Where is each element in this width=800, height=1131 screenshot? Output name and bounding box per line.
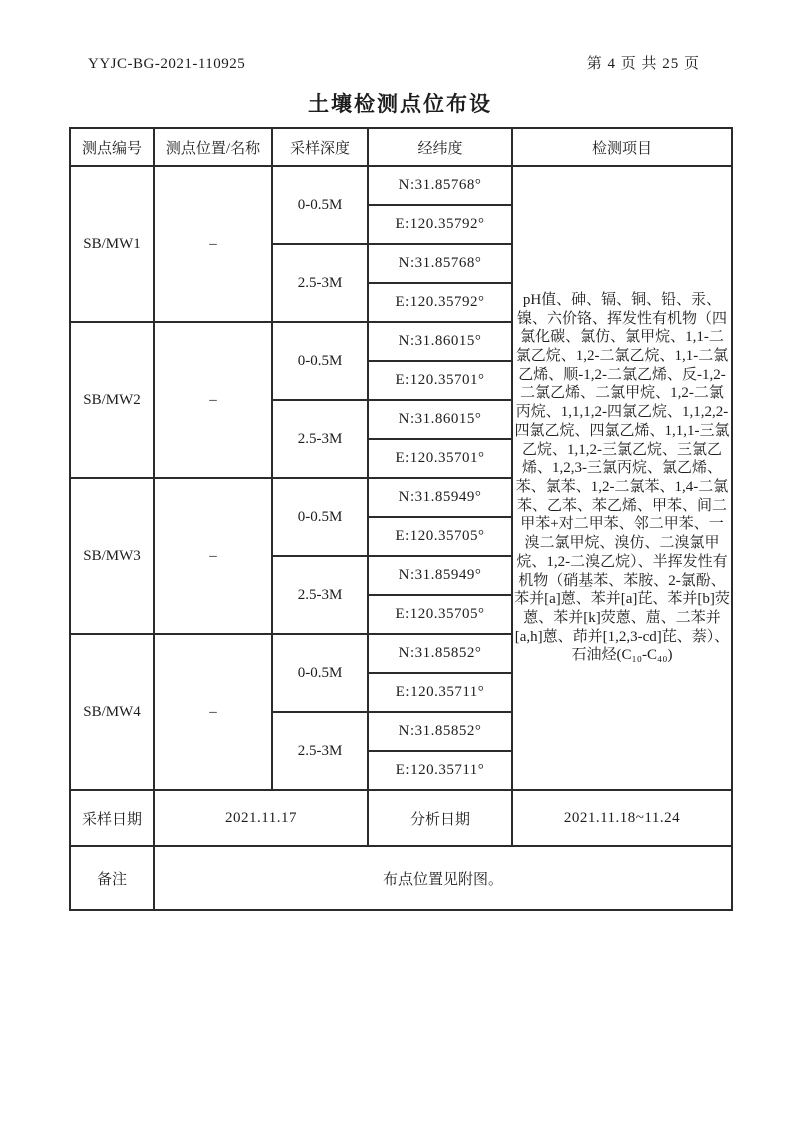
page-title: 土壤检测点位布设 bbox=[0, 88, 800, 118]
analysis-date-value: 2021.11.18~11.24 bbox=[512, 790, 732, 846]
remark-label: 备注 bbox=[70, 846, 154, 910]
coord-cell: N:31.86015° bbox=[368, 400, 512, 439]
coord-cell: E:120.35705° bbox=[368, 517, 512, 556]
coord-cell: N:31.85852° bbox=[368, 712, 512, 751]
coord-cell: N:31.85768° bbox=[368, 244, 512, 283]
depth-cell: 0-0.5M bbox=[272, 478, 368, 556]
table-header-row: 测点编号 测点位置/名称 采样深度 经纬度 检测项目 bbox=[70, 128, 732, 166]
coord-cell: E:120.35711° bbox=[368, 673, 512, 712]
coord-cell: E:120.35792° bbox=[368, 283, 512, 322]
document-page: { "page": { "doc_number": "YYJC-BG-2021-… bbox=[0, 0, 800, 1131]
detection-items-cell: pH值、砷、镉、铜、铅、汞、镍、六价铬、挥发性有机物（四氯化碳、氯仿、氯甲烷、1… bbox=[512, 166, 732, 790]
header-sampling-depth: 采样深度 bbox=[272, 128, 368, 166]
point-id-cell: SB/MW4 bbox=[70, 634, 154, 790]
sampling-date-label: 采样日期 bbox=[70, 790, 154, 846]
point-id-cell: SB/MW1 bbox=[70, 166, 154, 322]
coord-cell: N:31.85768° bbox=[368, 166, 512, 205]
depth-cell: 2.5-3M bbox=[272, 556, 368, 634]
coord-cell: N:31.86015° bbox=[368, 322, 512, 361]
point-location-cell: – bbox=[154, 634, 272, 790]
header-point-id: 测点编号 bbox=[70, 128, 154, 166]
header-point-location: 测点位置/名称 bbox=[154, 128, 272, 166]
table-row: SB/MW1 – 0-0.5M N:31.85768° pH值、砷、镉、铜、铅、… bbox=[70, 166, 732, 205]
point-location-cell: – bbox=[154, 478, 272, 634]
remark-row: 备注 布点位置见附图。 bbox=[70, 846, 732, 910]
header-coordinates: 经纬度 bbox=[368, 128, 512, 166]
coord-cell: E:120.35711° bbox=[368, 751, 512, 790]
depth-cell: 0-0.5M bbox=[272, 634, 368, 712]
coord-cell: E:120.35705° bbox=[368, 595, 512, 634]
coord-cell: N:31.85852° bbox=[368, 634, 512, 673]
coord-cell: N:31.85949° bbox=[368, 556, 512, 595]
depth-cell: 2.5-3M bbox=[272, 400, 368, 478]
coord-cell: E:120.35701° bbox=[368, 439, 512, 478]
report-number: YYJC-BG-2021-110925 bbox=[88, 56, 245, 73]
page-number-info: 第 4 页 共 25 页 bbox=[587, 52, 700, 73]
header-detection-items: 检测项目 bbox=[512, 128, 732, 166]
point-location-cell: – bbox=[154, 166, 272, 322]
point-location-cell: – bbox=[154, 322, 272, 478]
point-id-cell: SB/MW2 bbox=[70, 322, 154, 478]
depth-cell: 2.5-3M bbox=[272, 712, 368, 790]
coord-cell: E:120.35701° bbox=[368, 361, 512, 400]
soil-points-table: 测点编号 测点位置/名称 采样深度 经纬度 检测项目 SB/MW1 – 0-0.… bbox=[69, 127, 733, 911]
remark-value: 布点位置见附图。 bbox=[154, 846, 732, 910]
depth-cell: 2.5-3M bbox=[272, 244, 368, 322]
dates-row: 采样日期 2021.11.17 分析日期 2021.11.18~11.24 bbox=[70, 790, 732, 846]
coord-cell: E:120.35792° bbox=[368, 205, 512, 244]
coord-cell: N:31.85949° bbox=[368, 478, 512, 517]
depth-cell: 0-0.5M bbox=[272, 166, 368, 244]
point-id-cell: SB/MW3 bbox=[70, 478, 154, 634]
sampling-date-value: 2021.11.17 bbox=[154, 790, 368, 846]
depth-cell: 0-0.5M bbox=[272, 322, 368, 400]
analysis-date-label: 分析日期 bbox=[368, 790, 512, 846]
page-header: YYJC-BG-2021-110925 第 4 页 共 25 页 bbox=[0, 0, 800, 73]
